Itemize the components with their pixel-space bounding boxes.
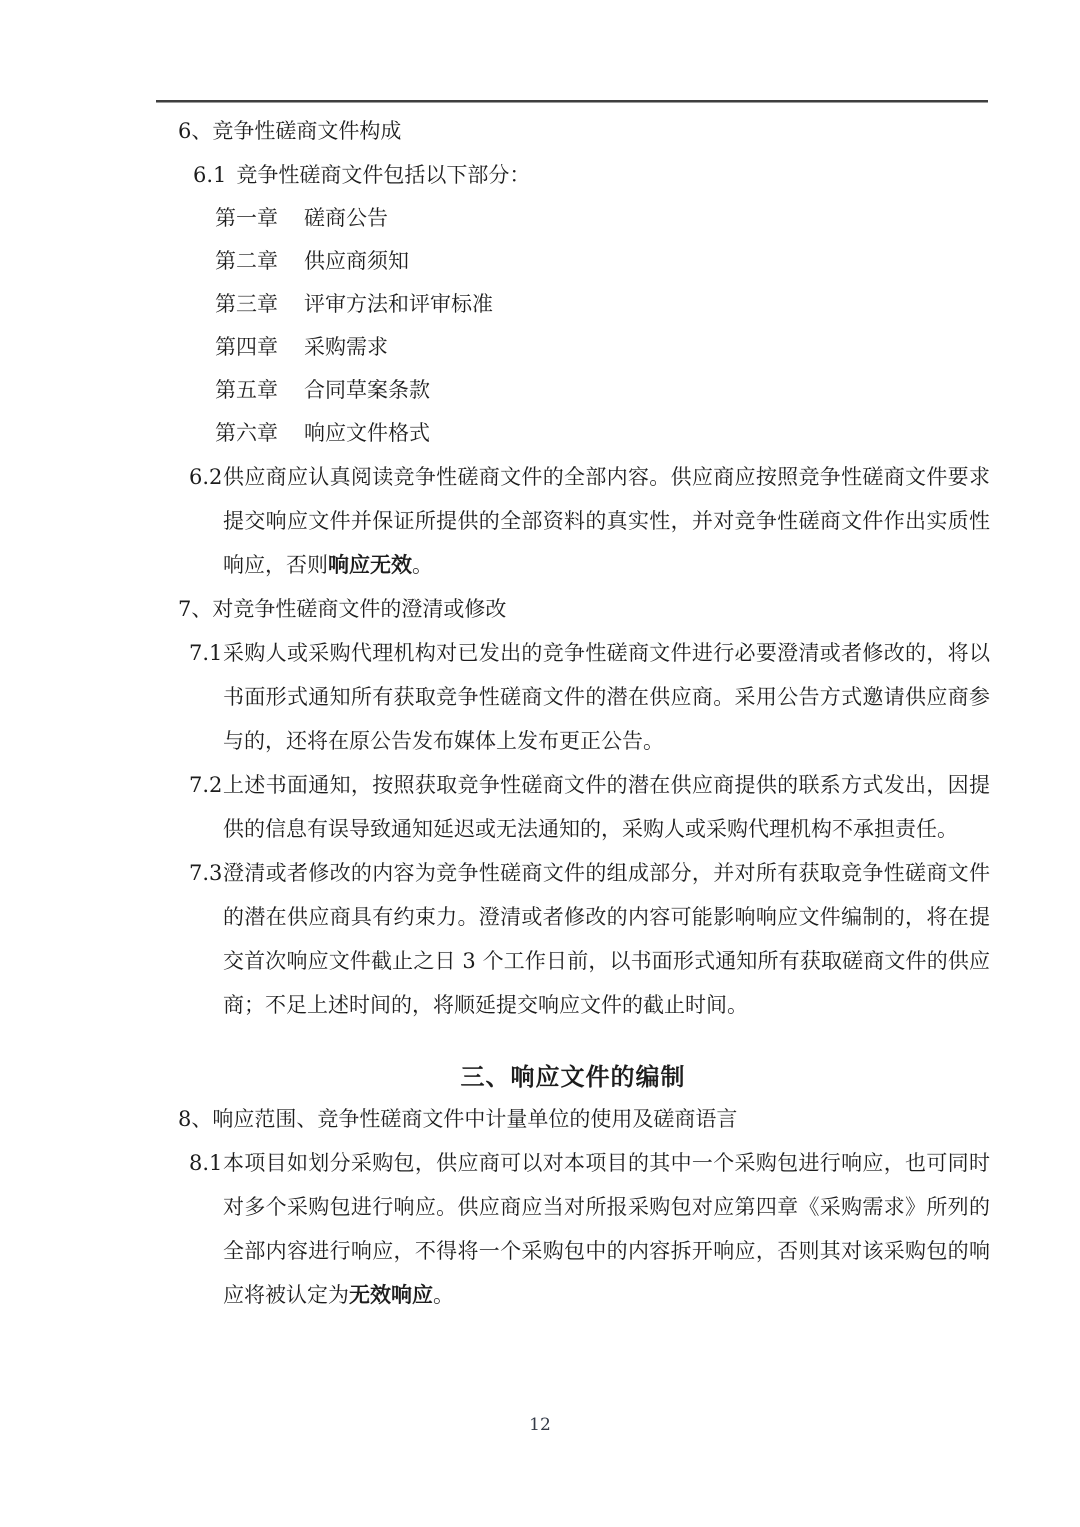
- clause-6-2-number: 6.2: [189, 455, 222, 499]
- clause-8-1-paragraph: 8.1本项目如划分采购包，供应商可以对本项目的其中一个采购包进行响应，也可同时对…: [156, 1141, 990, 1317]
- clause-6-2-text-end: 。: [412, 553, 433, 577]
- chapter-list-item: 第六章响应文件格式: [215, 412, 990, 455]
- clause-6-2-bold-phrase: 响应无效: [328, 552, 412, 577]
- chapter-2-label: 第二章: [215, 240, 278, 283]
- clause-7-number: 7、: [178, 597, 212, 621]
- chapter-2-title: 供应商须知: [304, 249, 409, 273]
- clause-8-heading: 8、响应范围、竞争性磋商文件中计量单位的使用及磋商语言: [178, 1097, 990, 1141]
- chapter-6-title: 响应文件格式: [304, 421, 430, 445]
- chapter-3-title: 评审方法和评审标准: [304, 292, 493, 316]
- clause-6-title: 竞争性磋商文件构成: [212, 119, 401, 143]
- clause-6-1-number: 6.1: [193, 163, 226, 187]
- clause-8-1-text-end: 。: [433, 1283, 454, 1307]
- clause-6-2-paragraph: 6.2供应商应认真阅读竞争性磋商文件的全部内容。供应商应按照竞争性磋商文件要求提…: [156, 455, 990, 587]
- section-3-title: 三、响应文件的编制: [156, 1057, 990, 1097]
- clause-8-1-text: 本项目如划分采购包，供应商可以对本项目的其中一个采购包进行响应，也可同时对多个采…: [223, 1151, 990, 1307]
- clause-8-number: 8、: [178, 1107, 212, 1131]
- clause-6-heading: 6、竞争性磋商文件构成: [178, 109, 990, 153]
- chapter-list-item: 第四章采购需求: [215, 326, 990, 369]
- header-rule: [156, 100, 988, 103]
- clause-7-title: 对竞争性磋商文件的澄清或修改: [212, 597, 506, 621]
- chapter-1-title: 磋商公告: [304, 206, 388, 230]
- clause-7-2-number: 7.2: [189, 763, 222, 807]
- chapter-list-item: 第二章供应商须知: [215, 240, 990, 283]
- chapter-4-title: 采购需求: [304, 335, 388, 359]
- clause-7-1-paragraph: 7.1采购人或采购代理机构对已发出的竞争性磋商文件进行必要澄清或者修改的，将以书…: [156, 631, 990, 763]
- clause-7-1-text: 采购人或采购代理机构对已发出的竞争性磋商文件进行必要澄清或者修改的，将以书面形式…: [223, 641, 990, 753]
- chapter-5-label: 第五章: [215, 369, 278, 412]
- clause-8-1-bold-phrase: 无效响应: [349, 1282, 433, 1307]
- chapter-6-label: 第六章: [215, 412, 278, 455]
- clause-6-1-text: 竞争性磋商文件包括以下部分：: [236, 163, 530, 187]
- clause-7-1-number: 7.1: [189, 631, 222, 675]
- chapter-1-label: 第一章: [215, 197, 278, 240]
- chapter-4-label: 第四章: [215, 326, 278, 369]
- clause-6-number: 6、: [178, 119, 212, 143]
- clause-7-2-paragraph: 7.2上述书面通知，按照获取竞争性磋商文件的潜在供应商提供的联系方式发出，因提供…: [156, 763, 990, 851]
- chapter-5-title: 合同草案条款: [304, 378, 430, 402]
- chapter-list-item: 第一章磋商公告: [215, 197, 990, 240]
- page-number: 12: [0, 1415, 1080, 1435]
- chapter-3-label: 第三章: [215, 283, 278, 326]
- clause-8-1-number: 8.1: [189, 1141, 222, 1185]
- chapter-list-item: 第三章评审方法和评审标准: [215, 283, 990, 326]
- clause-7-3-text: 澄清或者修改的内容为竞争性磋商文件的组成部分，并对所有获取竞争性磋商文件的潜在供…: [223, 861, 990, 1017]
- chapter-list-item: 第五章合同草案条款: [215, 369, 990, 412]
- clause-8-title: 响应范围、竞争性磋商文件中计量单位的使用及磋商语言: [212, 1107, 737, 1131]
- document-page: 6、竞争性磋商文件构成 6.1竞争性磋商文件包括以下部分： 第一章磋商公告 第二…: [156, 100, 990, 1317]
- clause-7-3-paragraph: 7.3澄清或者修改的内容为竞争性磋商文件的组成部分，并对所有获取竞争性磋商文件的…: [156, 851, 990, 1027]
- clause-7-heading: 7、对竞争性磋商文件的澄清或修改: [178, 587, 990, 631]
- clause-6-1-line: 6.1竞争性磋商文件包括以下部分：: [193, 153, 990, 197]
- clause-7-3-number: 7.3: [189, 851, 222, 895]
- clause-7-2-text: 上述书面通知，按照获取竞争性磋商文件的潜在供应商提供的联系方式发出，因提供的信息…: [223, 773, 990, 841]
